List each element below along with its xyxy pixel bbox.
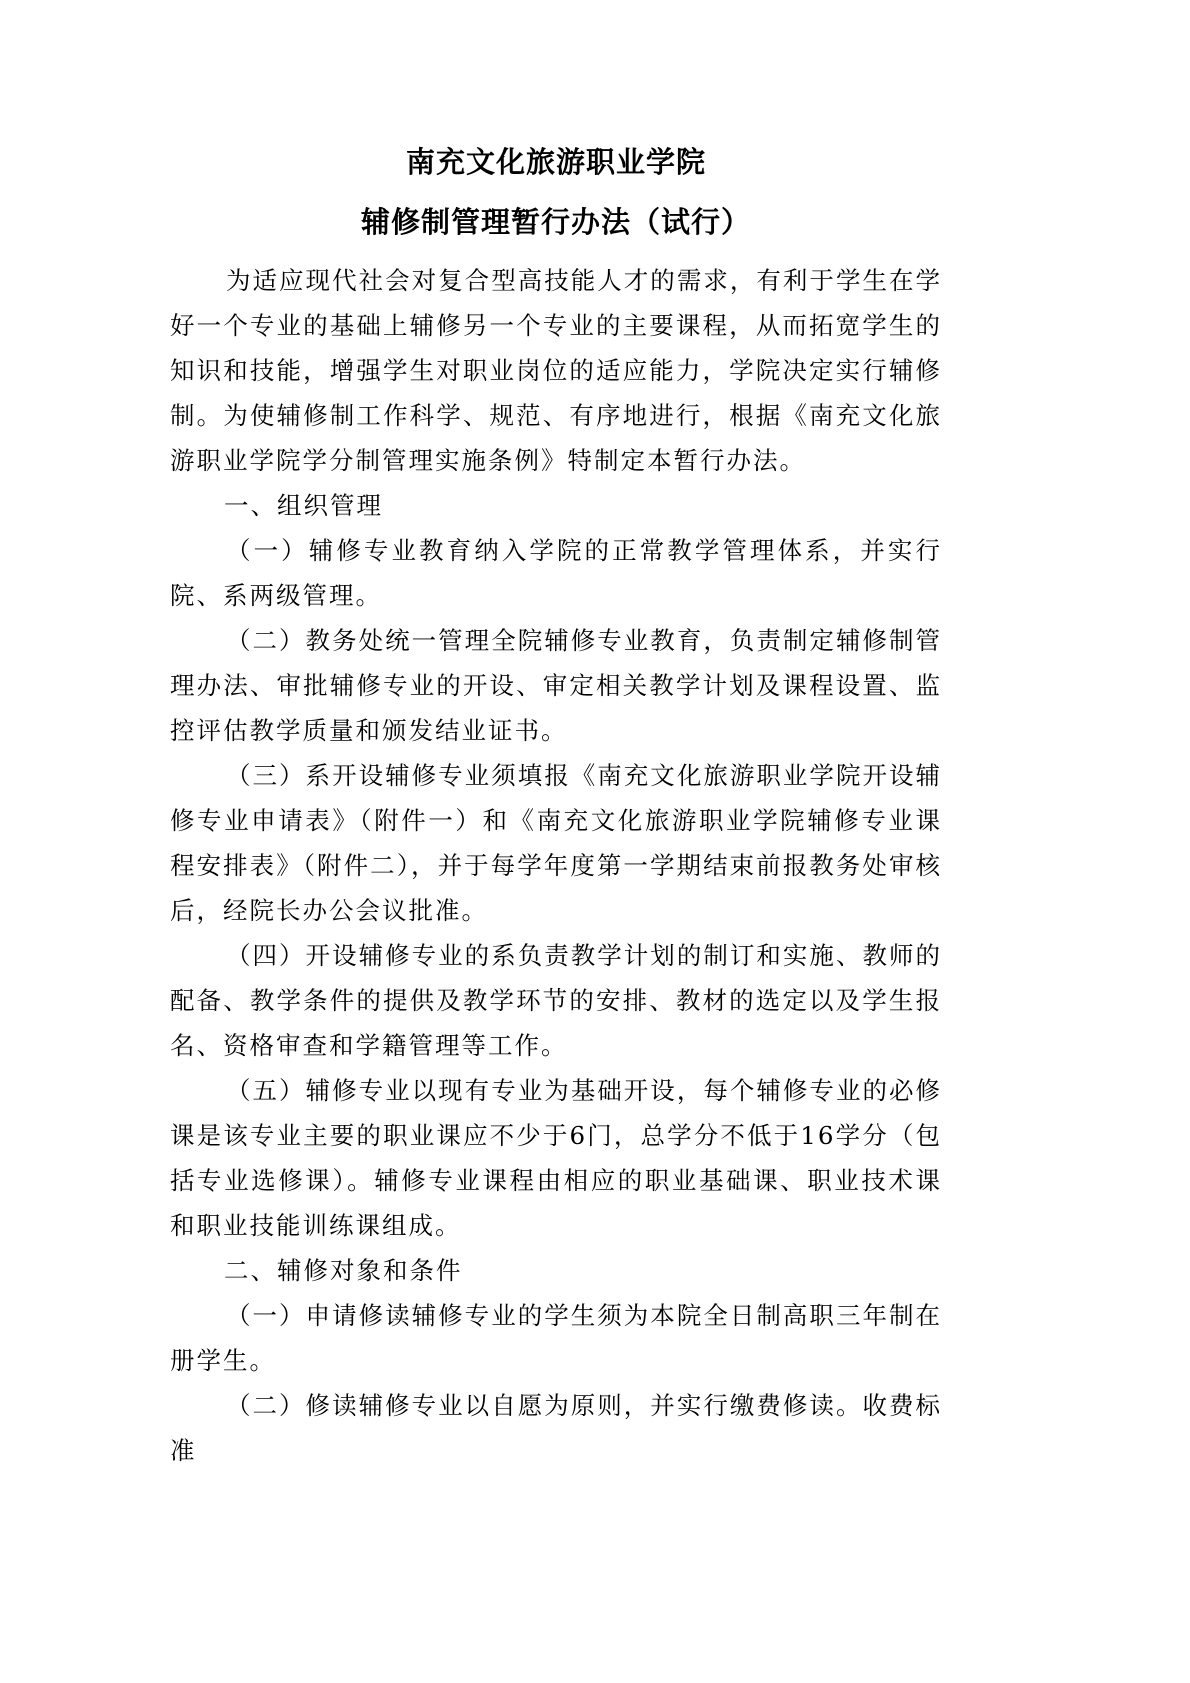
clause-1-1: （一）辅修专业教育纳入学院的正常教学管理体系，并实行院、系两级管理。: [170, 528, 942, 618]
clause-2-2: （二）修读辅修专业以自愿为原则，并实行缴费修读。收费标准: [170, 1383, 942, 1473]
document-body: 为适应现代社会对复合型高技能人才的需求，有利于学生在学好一个专业的基础上辅修另一…: [170, 258, 942, 1473]
document-title: 南充文化旅游职业学院: [170, 140, 942, 184]
document-page: 南充文化旅游职业学院 辅修制管理暂行办法（试行） 为适应现代社会对复合型高技能人…: [170, 140, 942, 1473]
clause-1-4: （四）开设辅修专业的系负责教学计划的制订和实施、教师的配备、教学条件的提供及教学…: [170, 933, 942, 1068]
clause-2-1: （一）申请修读辅修专业的学生须为本院全日制高职三年制在册学生。: [170, 1293, 942, 1383]
document-subtitle: 辅修制管理暂行办法（试行）: [170, 200, 942, 244]
clause-1-3: （三）系开设辅修专业须填报《南充文化旅游职业学院开设辅修专业申请表》（附件一）和…: [170, 753, 942, 933]
section-heading-eligibility: 二、辅修对象和条件: [170, 1248, 942, 1293]
clause-1-5: （五）辅修专业以现有专业为基础开设，每个辅修专业的必修课是该专业主要的职业课应不…: [170, 1068, 942, 1248]
section-heading-organization: 一、组织管理: [170, 483, 942, 528]
intro-paragraph: 为适应现代社会对复合型高技能人才的需求，有利于学生在学好一个专业的基础上辅修另一…: [170, 258, 942, 483]
clause-1-2: （二）教务处统一管理全院辅修专业教育，负责制定辅修制管理办法、审批辅修专业的开设…: [170, 618, 942, 753]
